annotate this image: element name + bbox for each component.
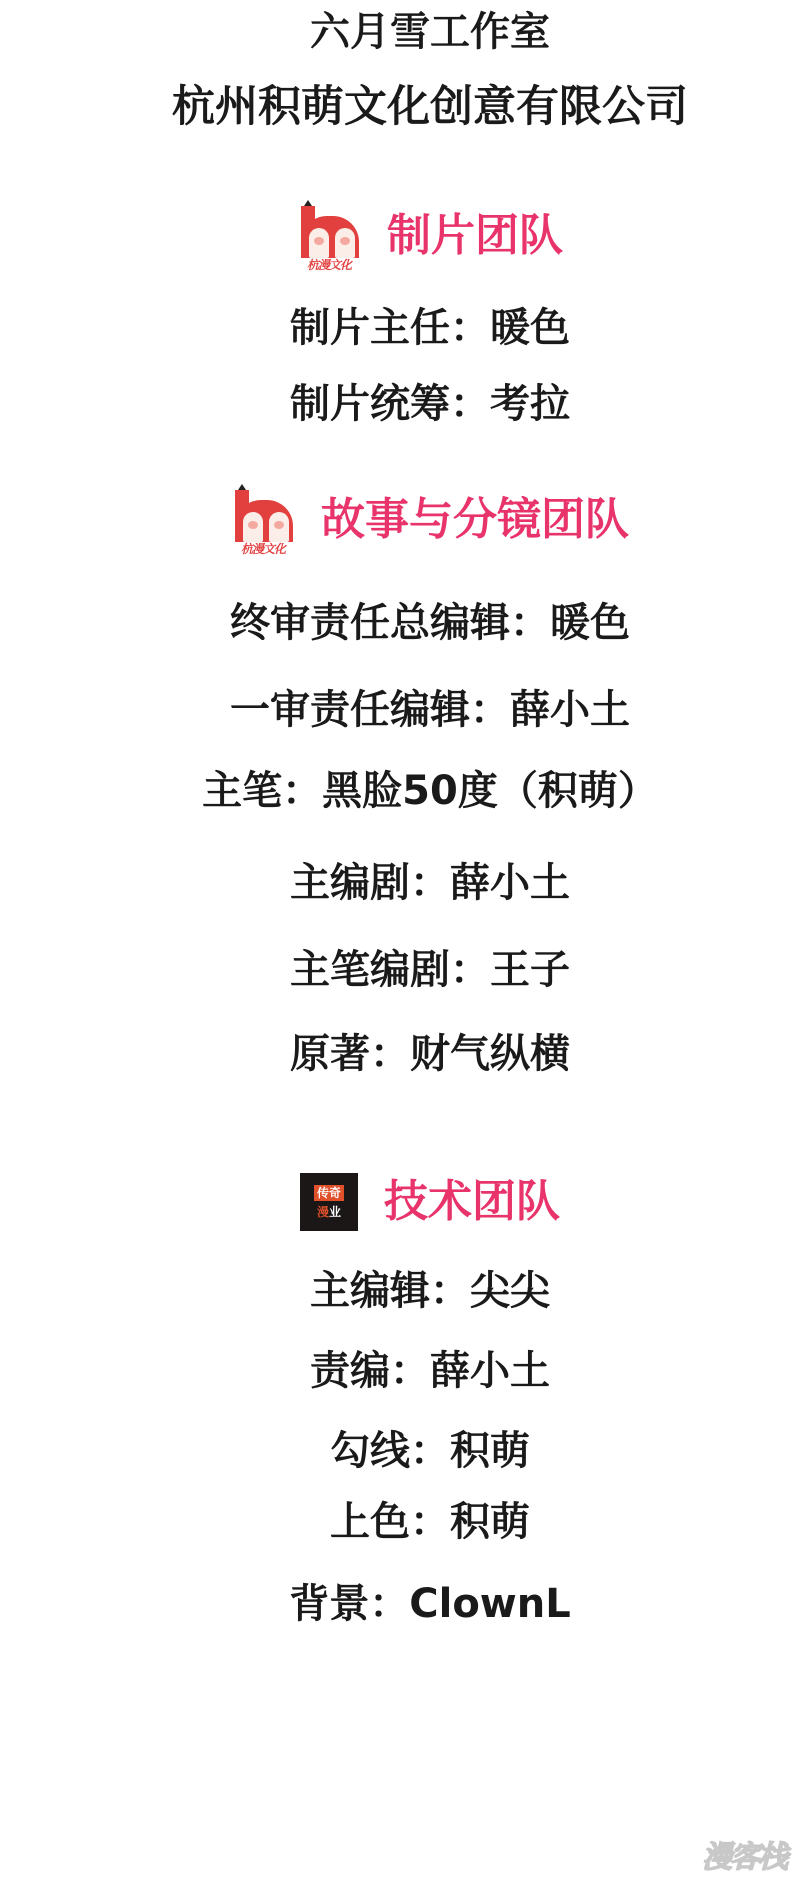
credit-line: 责编：薛小土 — [0, 1351, 800, 1391]
credit-line: 制片主任：暖色 — [0, 308, 800, 348]
section-heading-tech: 传奇 漫业 技术团队 — [0, 1173, 800, 1231]
credit-line: 背景：ClownL — [0, 1584, 800, 1624]
credit-line: 终审责任总编辑：暖色 — [0, 603, 800, 643]
credit-line: 主编剧：薛小土 — [0, 863, 800, 903]
credit-line: 主笔：黑脸50度（积萌） — [0, 771, 800, 811]
credit-line: 制片统筹：考拉 — [0, 384, 800, 424]
chuanqi-manye-logo-icon: 传奇 漫业 — [300, 1173, 358, 1231]
section-title: 故事与分镜团队 — [321, 498, 629, 542]
credit-line: 勾线：积萌 — [0, 1431, 800, 1471]
paw-icon — [335, 228, 355, 258]
hangman-culture-logo-icon: 杭漫文化 — [231, 484, 295, 556]
paw-icon — [309, 228, 329, 258]
section-heading-story: 杭漫文化 故事与分镜团队 — [0, 484, 800, 556]
company-name: 杭州积萌文化创意有限公司 — [0, 86, 800, 129]
credit-line: 主编辑：尖尖 — [0, 1271, 800, 1311]
section-heading-production: 杭漫文化 制片团队 — [0, 200, 800, 272]
hangman-culture-logo-icon: 杭漫文化 — [297, 200, 361, 272]
section-title: 制片团队 — [387, 214, 563, 258]
paw-icon — [243, 512, 263, 542]
studio-title: 六月雪工作室 — [0, 12, 800, 52]
paw-icon — [269, 512, 289, 542]
section-title: 技术团队 — [384, 1180, 560, 1224]
credit-line: 原著：财气纵横 — [0, 1034, 800, 1074]
credit-line: 主笔编剧：王子 — [0, 950, 800, 990]
credit-line: 一审责任编辑：薛小土 — [0, 690, 800, 730]
watermark-logo: 漫客栈 — [702, 1832, 786, 1876]
credit-line: 上色：积萌 — [0, 1502, 800, 1542]
